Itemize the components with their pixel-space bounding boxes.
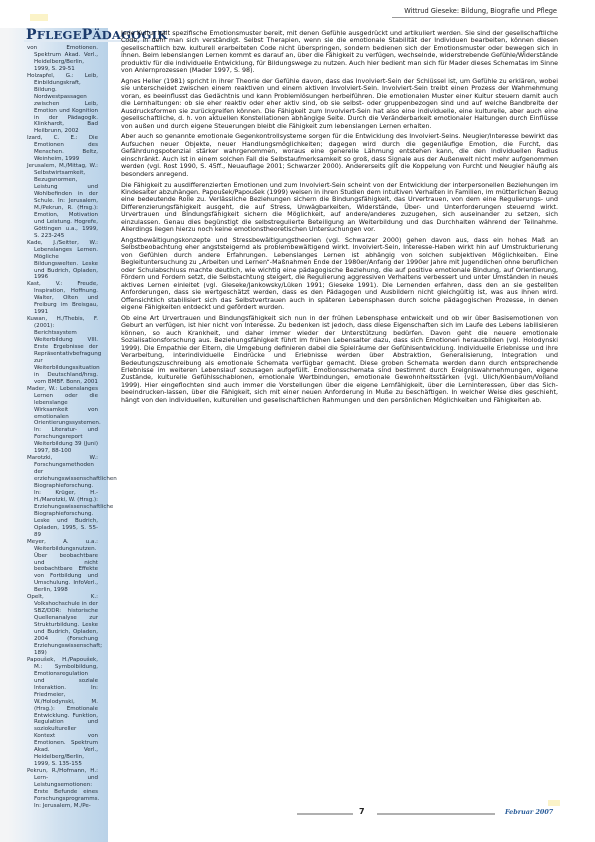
issue-date: Februar 2007 [505, 808, 553, 816]
paragraph: Angstbewältigungskonzepte und Stressbewä… [121, 237, 558, 312]
paragraph: Ob eine Art Urvertrauen und Bindungsfähi… [121, 315, 558, 404]
brand-initial: P [26, 27, 37, 43]
footer-rule-right [377, 813, 495, 815]
paragraph: Agnes Heller (1981) spricht in ihrer The… [121, 78, 558, 130]
reference-entry: Opelt, K.: Volkshochschule in der SBZ/DD… [27, 594, 98, 657]
issue-highlight [548, 800, 560, 806]
reference-entry: Kast, V.: Freude, Inspiration, Hoffnung.… [27, 281, 98, 316]
reference-entry: Jerusalem, M./Mittag, W.: Selbstwirtsamk… [27, 163, 98, 239]
page-number: 7 [359, 807, 365, 816]
reference-entry: Papoušek, H./Papoušek, M.: Symbolbildung… [27, 657, 98, 768]
reference-entry: Kade, J./Seitter, W.: Lebenslanges Lerne… [27, 240, 98, 282]
reference-entry: Meyer, A. u.a.: Weiterbildungsnutzen. Üb… [27, 539, 98, 595]
reference-entry: Mader, W.: Lebenslanges Lernen oder die … [27, 386, 98, 456]
reference-entry: Pekrun, R./Hofmann, H.: Lern- und Leistu… [27, 768, 98, 810]
brand-highlight [30, 14, 48, 21]
brand-part: FLEGE [37, 28, 82, 42]
paragraph: Jede Kultur hält spezifische Emotionsmus… [121, 30, 558, 75]
paragraph: Aber auch so genannte emotionale Gegenko… [121, 133, 558, 178]
brand-initial: P [82, 27, 93, 43]
paragraph: Die Fähigkeit zu ausdifferenzierten Emot… [121, 182, 558, 234]
footer-rule-left [297, 813, 353, 815]
running-head: Wittrud Gieseke: Bildung, Biografie und … [404, 7, 557, 15]
reference-entry: von Emotionen. Spektrum Akad. Verl., Hei… [27, 45, 98, 73]
reference-entry: Marotzki, W.: Forschungsmethoden der erz… [27, 455, 98, 538]
reference-entry: Izard, C. E.: Die Emotionen des Menschen… [27, 135, 98, 163]
reference-entry: Holzapfel, G.: Leib, Einbildungskraft, B… [27, 73, 98, 136]
reference-list: von Emotionen. Spektrum Akad. Verl., Hei… [27, 45, 98, 810]
article-body: Jede Kultur hält spezifische Emotionsmus… [121, 30, 558, 408]
reference-entry: Kuwan, H./Thebis, F. (2001): Berichtssys… [27, 316, 98, 386]
running-head-rule [392, 17, 558, 18]
